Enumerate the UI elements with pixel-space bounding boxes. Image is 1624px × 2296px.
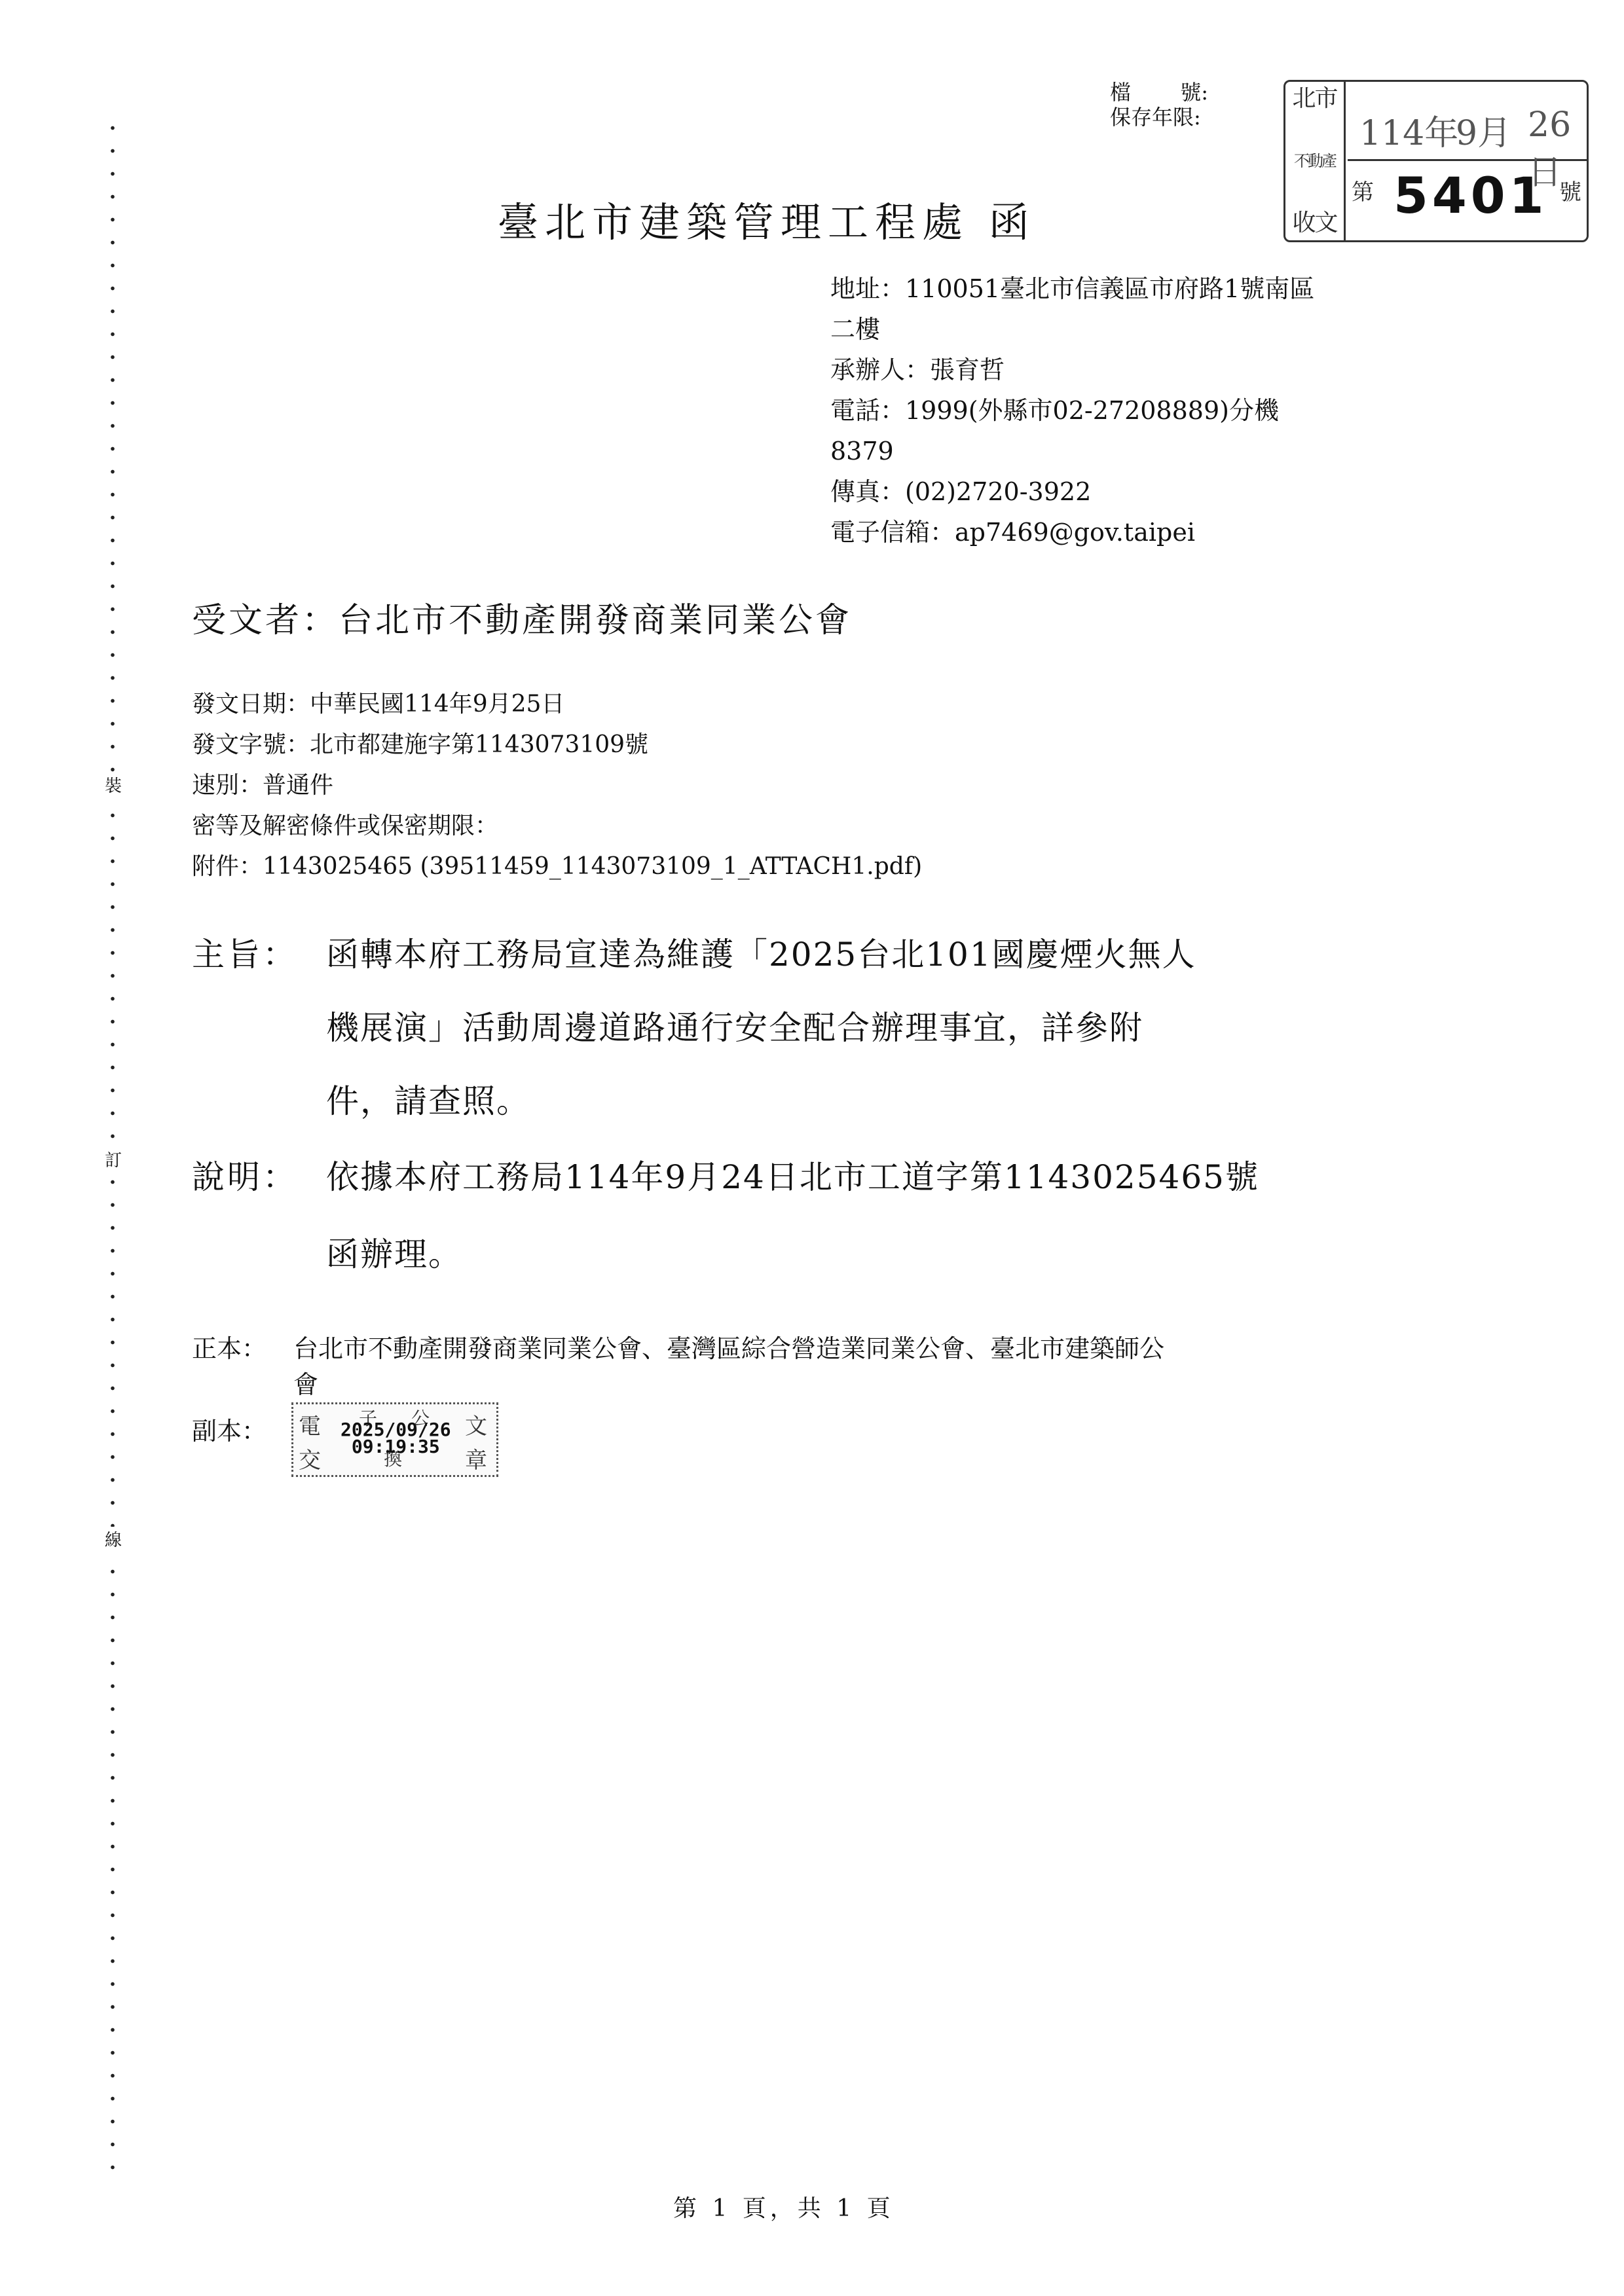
stamp-number-row: 第 5401 號 [1348,161,1587,240]
explanation-section: 說明： 依據本府工務局114年9月24日北市工道字第1143025465號 函辦… [192,1151,1436,1295]
stamp-no-prefix: 第 [1352,174,1374,206]
estamp-char-4: 文 [465,1408,487,1440]
file-no-label-a: 檔 [1110,80,1131,105]
contact-block: 地址：110051臺北市信義區市府路1號南區 二樓 承辦人：張育哲 電話：199… [830,268,1314,553]
file-meta: 檔號: 保存年限: [1110,80,1208,130]
contact-email: 電子信箱：ap7469@gov.taipei [830,512,1314,553]
retention-label: 保存年限: [1110,105,1208,130]
stamp-org-mid: 不動產 [1294,148,1335,174]
contact-fax: 傳真：(02)2720-3922 [830,471,1314,512]
contact-address-line1: 地址：110051臺北市信義區市府路1號南區 [830,268,1314,309]
original-recipients: 正本： 台北市不動產開發商業同業公會、臺灣區綜合營造業同業公會、臺北市建築師公 … [192,1329,1469,1408]
file-no-label-b: 號: [1180,80,1208,105]
stamp-org-column: 北市 不動產 收文 [1285,82,1346,240]
explanation-line-1: 依據本府工務局114年9月24日北市工道字第1143025465號 [326,1151,1259,1198]
explanation-label: 說明： [192,1151,298,1198]
receipt-stamp: 北市 不動產 收文 114年 9月 26日 第 5401 號 [1283,80,1589,242]
estamp-char-1: 電 [299,1408,321,1440]
stamp-receipt-number: 5401 [1393,166,1548,225]
contact-phone-line1: 電話：1999(外縣市02-27208889)分機 [830,390,1314,431]
explanation-line-2: 函辦理。 [326,1228,462,1275]
speed-class: 速別：普通件 [192,765,922,806]
stamp-date-year: 114年 [1359,105,1458,155]
binding-mark-xian: 線 [103,1527,123,1554]
subject-label: 主旨： [192,928,298,975]
recipient: 受文者：台北市不動產開發商業同業公會 [192,592,852,642]
contact-address-line2: 二樓 [830,309,1314,350]
estamp-time: 09:19:35 [341,1438,451,1455]
stamp-org-top: 北市 [1292,86,1337,112]
document-title: 臺北市建築管理工程處 函 [498,190,1036,248]
stamp-no-suffix: 號 [1559,174,1581,206]
binding-mark-ding: 訂 [103,1147,123,1175]
doc-number: 發文字號：北市都建施字第1143073109號 [192,725,922,765]
estamp-char-5: 交 [299,1442,321,1474]
copy-label: 副本： [192,1411,267,1447]
stamp-date-row: 114年 9月 26日 [1348,82,1587,161]
original-line-1: 台北市不動產開發商業同業公會、臺灣區綜合營造業同業公會、臺北市建築師公 [293,1329,1164,1368]
attachment-link[interactable]: 附件：1143025465 (39511459_1143073109_1_ATT… [192,847,922,887]
original-line-2: 會 [293,1365,318,1404]
estamp-char-7: 章 [465,1442,487,1474]
e-exchange-stamp: 電 子 公 文 交 換 章 2025/09/26 09:19:35 [291,1402,498,1477]
document-meta: 發文日期：中華民國114年9月25日 發文字號：北市都建施字第114307310… [192,684,922,887]
contact-phone-line2: 8379 [830,431,1314,471]
subject-line-3: 件，請查照。 [326,1075,530,1122]
estamp-datetime: 2025/09/26 09:19:35 [341,1421,451,1455]
stamp-org-bottom: 收文 [1292,210,1337,236]
subject-line-1: 函轉本府工務局宣達為維護「2025台北101國慶煙火無人 [326,928,1196,975]
binding-mark-zhuang: 裝 [103,773,123,800]
subject-line-2: 機展演」活動周邊道路通行安全配合辦理事宜，詳參附 [326,1002,1143,1049]
contact-officer: 承辦人：張育哲 [830,350,1314,390]
issue-date: 發文日期：中華民國114年9月25日 [192,684,922,725]
subject-section: 主旨： 函轉本府工務局宣達為維護「2025台北101國慶煙火無人 機展演」活動周… [192,928,1436,1144]
stamp-date-month: 9月 [1456,105,1511,155]
secrecy-level: 密等及解密條件或保密期限： [192,806,922,847]
original-label: 正本： [192,1329,267,1368]
page-indicator: 第 1 頁，共 1 頁 [673,2190,895,2223]
